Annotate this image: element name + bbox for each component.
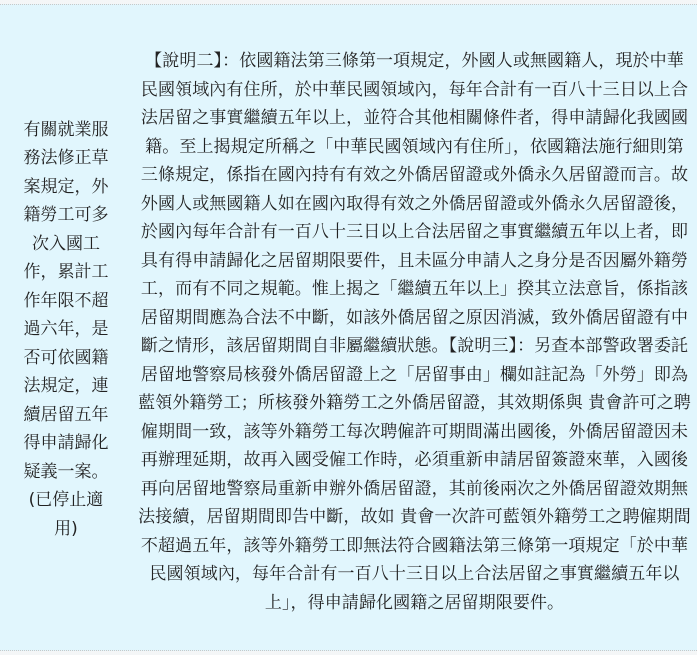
- answer-text: 【說明二】：依國籍法第三條第一項規定，外國人或無國籍人，現於中華民國領域內有住所…: [138, 47, 691, 617]
- answer-cell: 【說明二】：依國籍法第三條第一項規定，外國人或無國籍人，現於中華民國領域內有住所…: [130, 5, 697, 650]
- qa-table-row: 有關就業服務法修正草案規定，外籍勞工可多次入國工作，累計工作年限不超過六年，是否…: [0, 4, 697, 651]
- subject-text: 有關就業服務法修正草案規定，外籍勞工可多次入國工作，累計工作年限不超過六年，是否…: [18, 116, 114, 544]
- subject-cell: 有關就業服務法修正草案規定，外籍勞工可多次入國工作，累計工作年限不超過六年，是否…: [0, 5, 130, 650]
